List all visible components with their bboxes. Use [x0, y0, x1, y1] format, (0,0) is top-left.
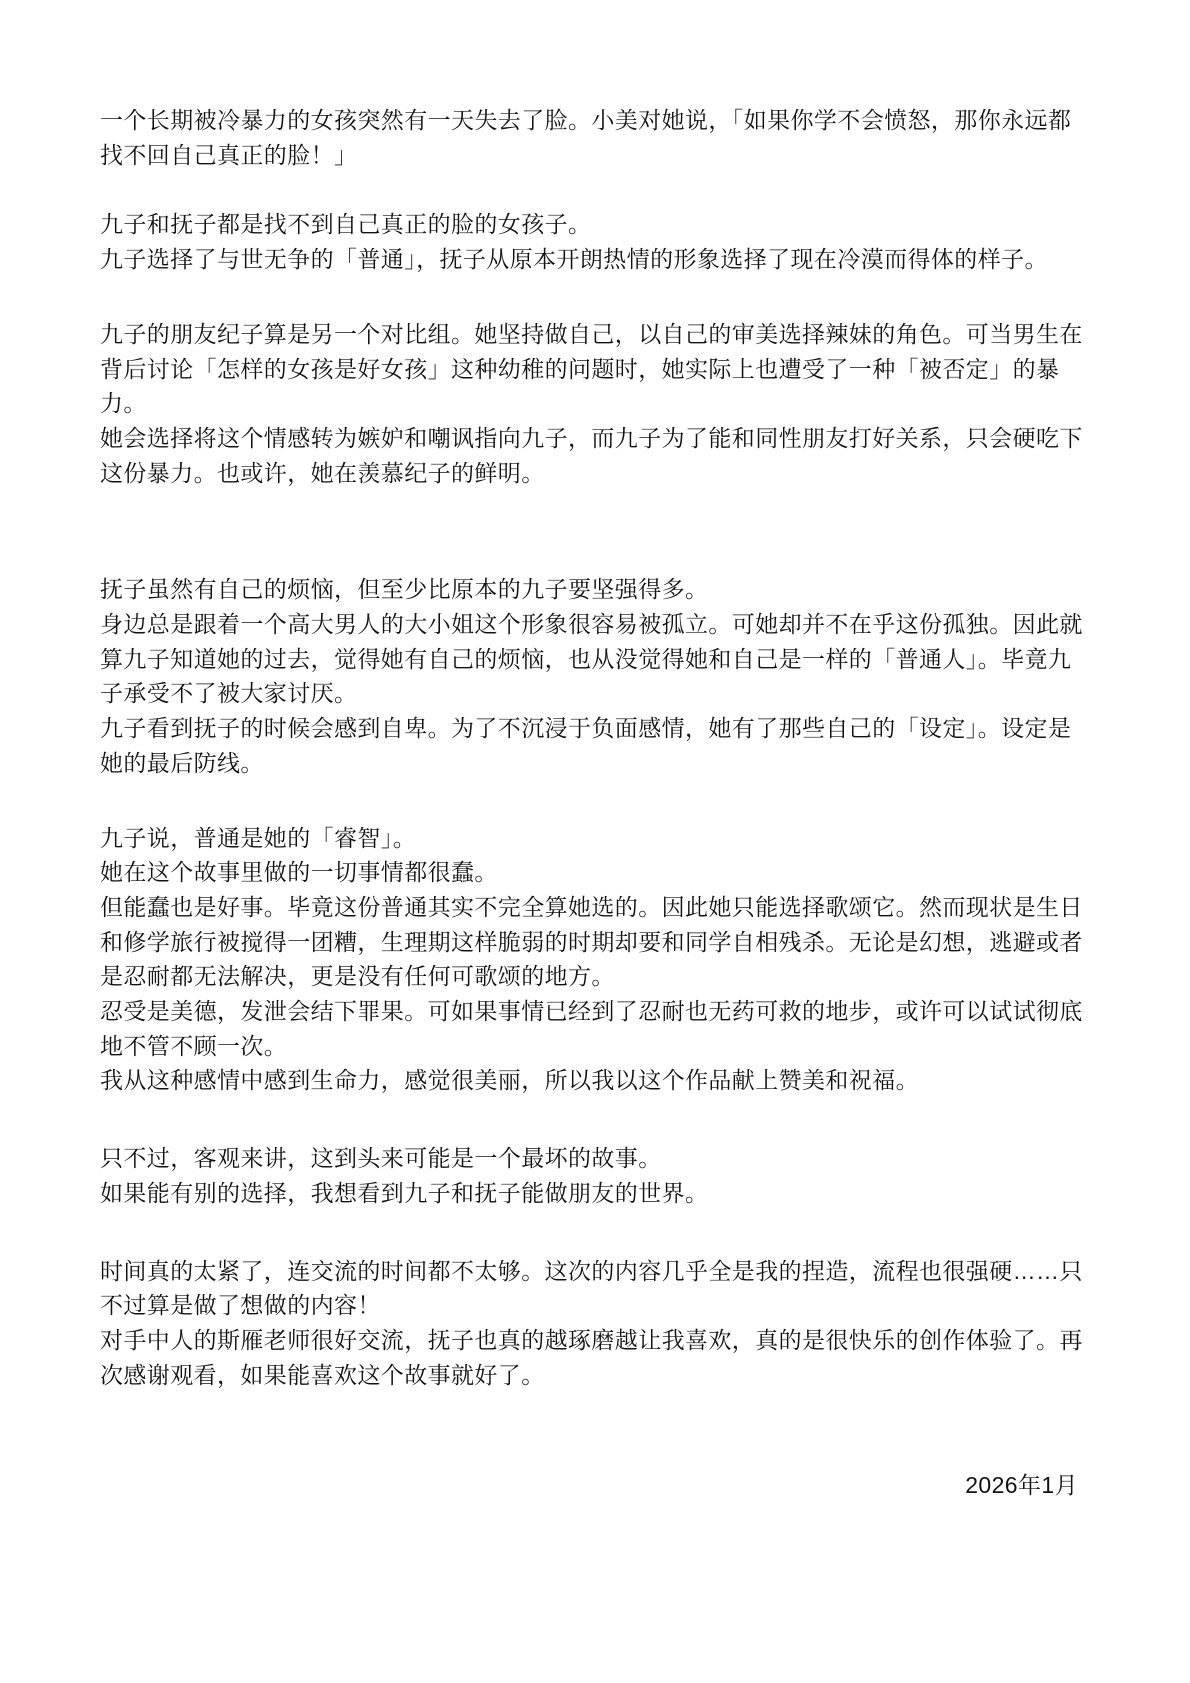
afterword-paragraph-kyuko-nadeshiko: 九子和抚子都是找不到自己真正的脸的女孩子。 九子选择了与世无争的「普通」，抚子从…	[100, 207, 1092, 276]
afterword-paragraph-nadeshiko-strength: 抚子虽然有自己的烦恼，但至少比原本的九子要坚强得多。 身边总是跟着一个高大男人的…	[100, 572, 1092, 780]
afterword-paragraph-ordinary-wisdom: 九子说，普通是她的「睿智」。 她在这个故事里做的一切事情都很蠢。 但能蠢也是好事…	[100, 821, 1092, 1099]
afterword-paragraph-thanks: 时间真的太紧了，连交流的时间都不太够。这次的内容几乎全是我的捏造，流程也很强硬……	[100, 1254, 1092, 1393]
date-line: 2026年1月	[100, 1468, 1092, 1503]
afterword-paragraph-worst-story: 只不过，客观来讲，这到头来可能是一个最坏的故事。 如果能有别的选择，我想看到九子…	[100, 1141, 1092, 1210]
afterword-paragraph-intro: 一个长期被冷暴力的女孩突然有一天失去了脸。小美对她说，「如果你学不会愤怒，那你永…	[100, 103, 1092, 172]
document-page: 一个长期被冷暴力的女孩突然有一天失去了脸。小美对她说，「如果你学不会愤怒，那你永…	[0, 0, 1190, 1683]
afterword-paragraph-noriko: 九子的朋友纪子算是另一个对比组。她坚持做自己，以自己的审美选择辣妹的角色。可当男…	[100, 317, 1092, 491]
